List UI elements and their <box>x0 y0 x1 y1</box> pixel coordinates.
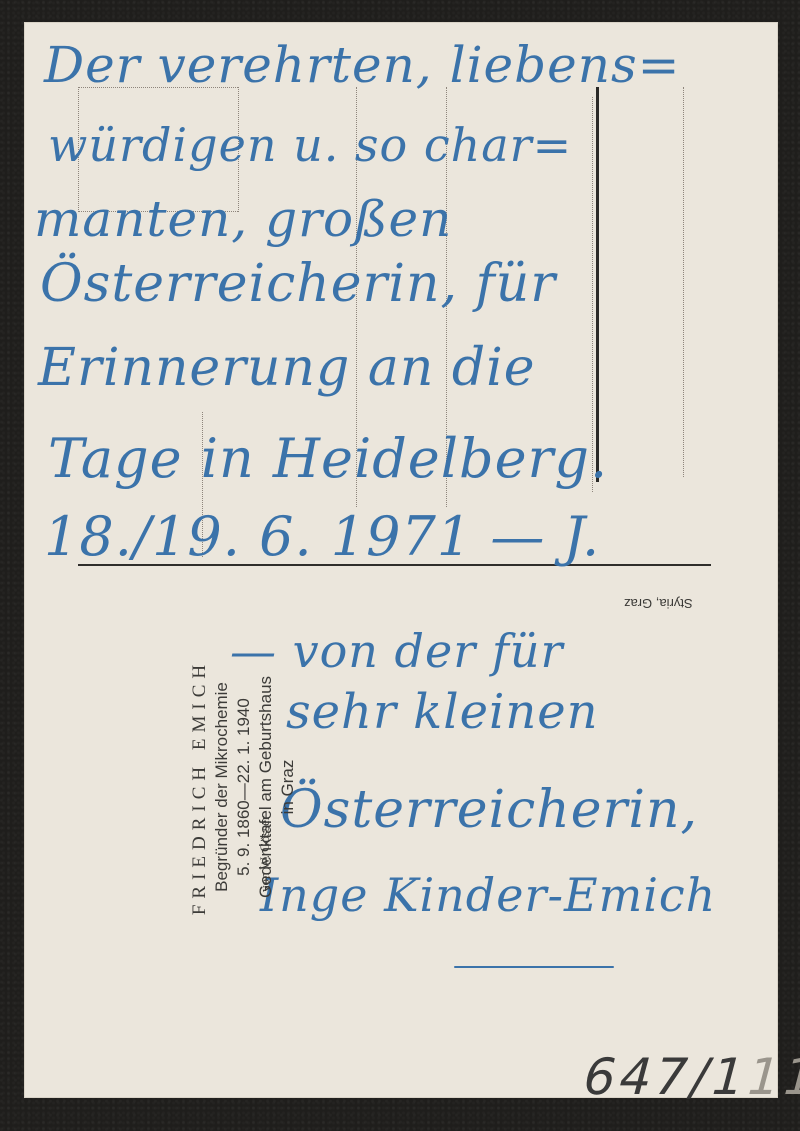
archive-number: 647/111 <box>582 1048 800 1106</box>
postcard: Styria, Graz Der verehrten, liebens= wür… <box>24 22 778 1098</box>
handwriting-line-5: Erinnerung an die <box>38 342 536 394</box>
handwriting-line-6: Tage in Heidelberg. <box>48 432 608 486</box>
handwriting-line-2: würdigen u. so char= <box>48 122 572 168</box>
handwriting-line-9: sehr kleinen <box>286 688 599 736</box>
handwriting-signature: Inge Kinder-Emich <box>260 872 716 918</box>
artist-credit: von W. Gösser <box>257 816 273 892</box>
caption-plaque: Gedenktafel am Geburtshaus <box>255 577 277 997</box>
handwriting-line-3: manten, großen <box>34 194 452 244</box>
caption-name: FRIEDRICH EMICH <box>188 577 211 997</box>
handwriting-date-line: 18./19. 6. 1971 — J. <box>44 510 600 564</box>
caption-dates: 5. 9. 1860—22. 1. 1940 <box>233 577 255 997</box>
caption-place: in Graz <box>277 577 299 997</box>
printed-caption: FRIEDRICH EMICH Begründer der Mikrochemi… <box>188 577 299 997</box>
handwriting-line-10: Österreicherin, <box>280 784 698 836</box>
handwriting-line-4: Österreicherin, für <box>40 258 556 310</box>
publisher-imprint: Styria, Graz <box>624 596 693 611</box>
caption-title: Begründer der Mikrochemie <box>211 577 233 997</box>
dotted-guide-5 <box>683 87 684 477</box>
address-divider-line <box>596 87 599 482</box>
handwriting-line-1: Der verehrten, liebens= <box>44 40 681 90</box>
signature-underline <box>454 966 614 968</box>
archive-number-ink: 647/1 <box>582 1048 750 1106</box>
archive-number-pencil: 11 <box>746 1048 800 1106</box>
